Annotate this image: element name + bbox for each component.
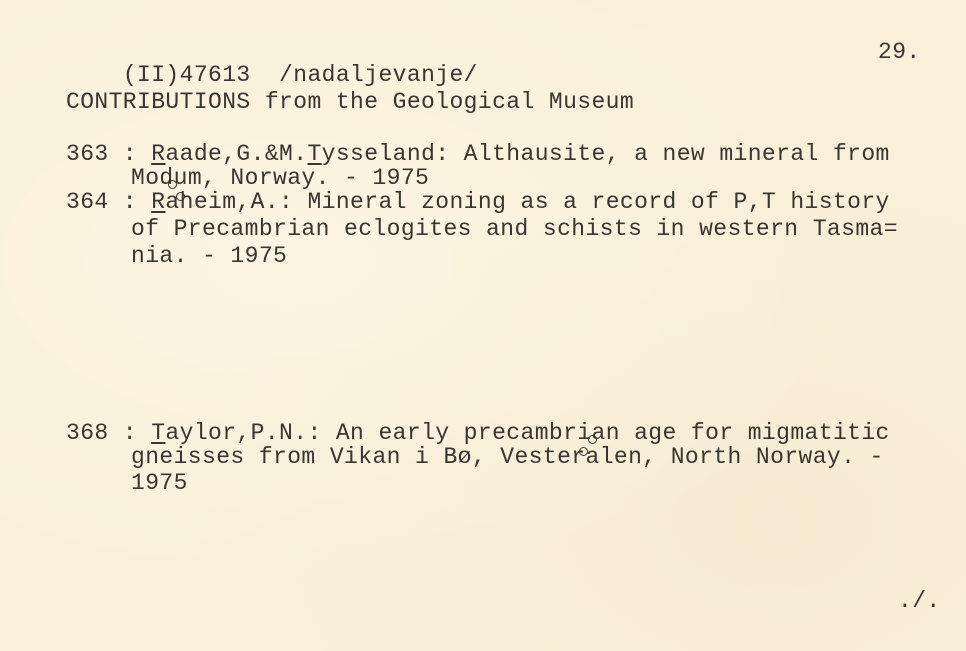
call-number: (II)47613 <box>123 62 251 88</box>
catalog-card: (II)47613 /nadaljevanje/ 29. CONTRIBUTIO… <box>0 0 966 651</box>
entry-364-line-1: 364 : Raheim,A.: Mineral zoning as a rec… <box>66 191 890 214</box>
entry-364-line-3: nia. - 1975 <box>131 245 287 268</box>
continued-mark: ./. <box>898 590 941 613</box>
entry-368-line-3: 1975 <box>131 472 188 495</box>
entry-364-line-2: of Precambrian eclogites and schists in … <box>131 218 898 241</box>
author-initial: T <box>151 420 165 446</box>
author-initial: R <box>151 141 165 167</box>
entry-number: 368 <box>66 420 109 446</box>
author-initial: T <box>307 141 321 167</box>
author-initial: R <box>151 189 165 215</box>
entry-363-line-1: 363 : Raade,G.&M.Tysseland: Althausite, … <box>66 143 890 166</box>
entry-number: 363 <box>66 141 109 167</box>
entry-title: Althausite, a new mineral from <box>449 141 889 167</box>
continuation-note: /nadaljevanje/ <box>279 62 478 88</box>
series-title: CONTRIBUTIONS from the Geological Museum <box>66 91 634 114</box>
author-text: aade,G.&M. <box>165 141 307 167</box>
ring-diacritic: a <box>165 191 179 214</box>
ring-diacritic: a <box>585 446 599 469</box>
entry-368-line-1: 368 : Taylor,P.N.: An early precambrian … <box>66 422 890 445</box>
author-text: ysseland: <box>322 141 450 167</box>
entry-number: 364 <box>66 189 109 215</box>
entry-title: Mineral zoning as a record of P,T histor… <box>293 189 890 215</box>
entry-368-line-2: gneisses from Vikan i Bø, Vesteralen, No… <box>131 446 884 469</box>
author-text: aylor,P.N.: <box>165 420 321 446</box>
author-text: heim,A.: <box>180 189 294 215</box>
card-number: 29. <box>878 41 921 64</box>
